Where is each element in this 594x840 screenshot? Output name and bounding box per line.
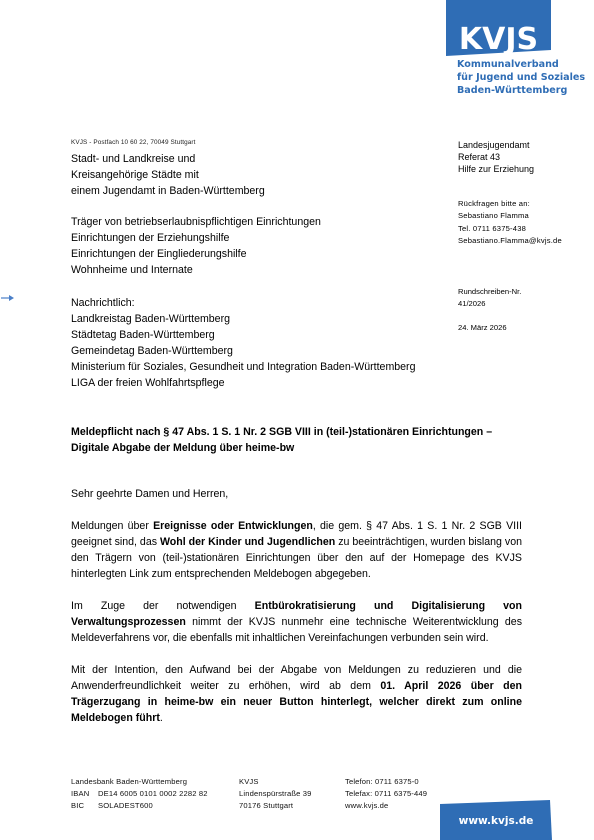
- footer-website-link[interactable]: www.kvjs.de: [345, 800, 427, 812]
- body-paragraph-3: Mit der Intention, den Aufwand bei der A…: [71, 662, 522, 726]
- footer-contact: Telefon: 0711 6375-0 Telefax: 0711 6375-…: [345, 776, 427, 812]
- body-paragraph-2: Im Zuge der notwendigen Entbürokratisier…: [71, 598, 522, 646]
- logo-text: KVJS: [446, 22, 551, 57]
- margin-arrow-icon: [1, 289, 15, 297]
- salutation: Sehr geehrte Damen und Herren,: [71, 486, 522, 502]
- body-paragraph-1: Meldungen über Ereignisse oder Entwicklu…: [71, 518, 522, 582]
- subject-heading: Meldepflicht nach § 47 Abs. 1 S. 1 Nr. 2…: [71, 424, 531, 456]
- logo-subtitle: Kommunalverband für Jugend und Soziales …: [457, 58, 585, 97]
- recipient-block-2: Träger von betriebserlaubnispflichtigen …: [71, 214, 321, 278]
- footer-bank: Landesbank Baden-Württemberg IBANDE14 60…: [71, 776, 208, 812]
- sender-line: KVJS - Postfach 10 60 22, 70049 Stuttgar…: [71, 139, 196, 146]
- recipient-block-cc: Nachrichtlich: Landkreistag Baden-Württe…: [71, 295, 415, 391]
- department-info: Landesjugendamt Referat 43 Hilfe zur Erz…: [458, 139, 534, 175]
- footer-address: KVJS Lindenspürstraße 39 70176 Stuttgart: [239, 776, 312, 812]
- circular-number: Rundschreiben-Nr. 41/2026: [458, 286, 521, 310]
- website-badge-text[interactable]: www.kvjs.de: [440, 815, 552, 827]
- recipient-block-1: Stadt- und Landkreise und Kreisangehörig…: [71, 151, 265, 199]
- contact-email[interactable]: Sebastiano.Flamma@kvjs.de: [458, 235, 562, 247]
- letter-date: 24. März 2026: [458, 322, 507, 334]
- contact-info: Rückfragen bitte an: Sebastiano Flamma T…: [458, 198, 562, 247]
